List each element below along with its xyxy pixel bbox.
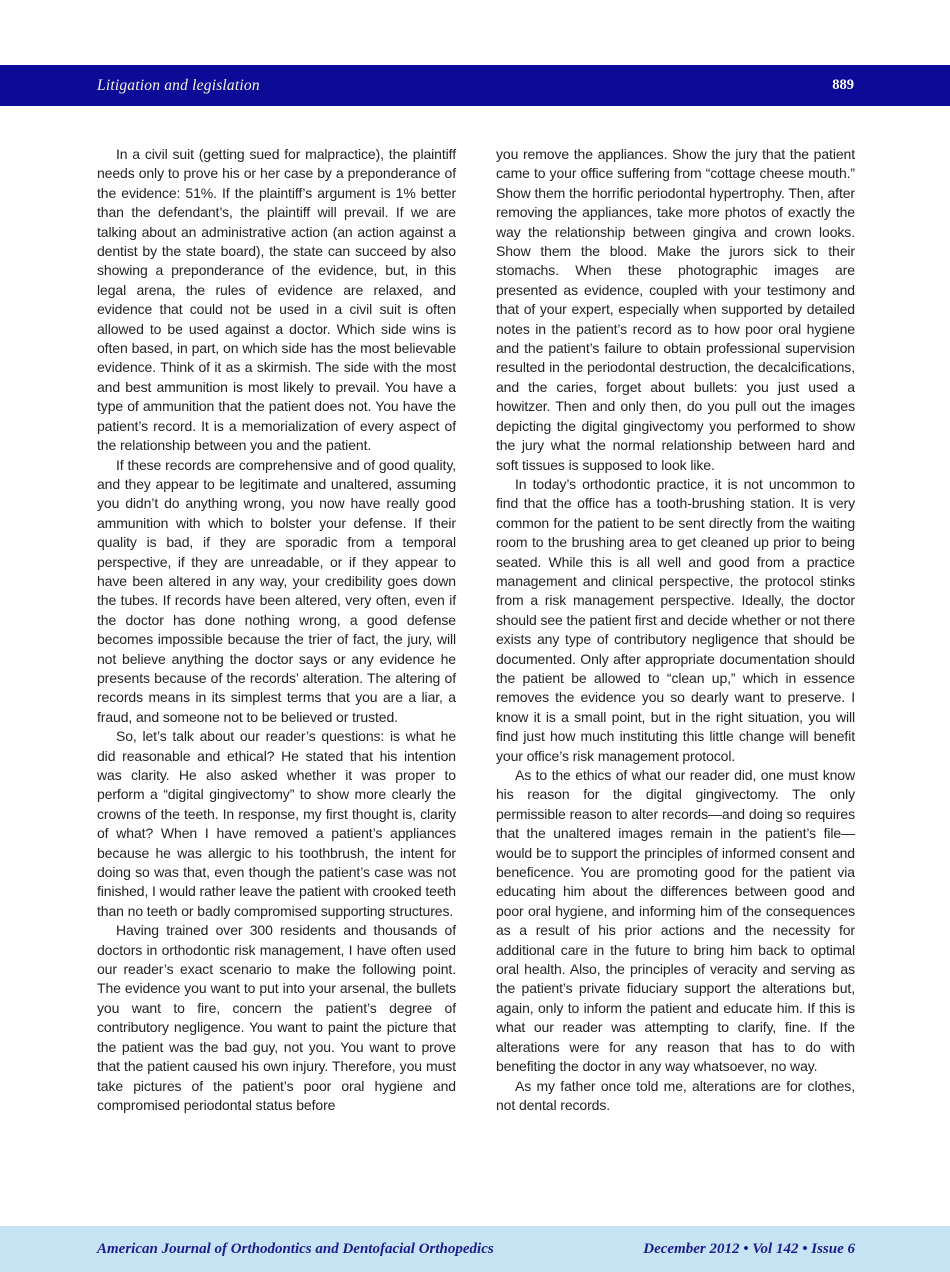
running-head: Litigation and legislation 889 <box>0 65 950 106</box>
paragraph: In a civil suit (getting sued for malpra… <box>97 145 456 456</box>
article-body: In a civil suit (getting sued for malpra… <box>97 145 855 1115</box>
column-right: you remove the appliances. Show the jury… <box>496 145 855 1115</box>
paragraph: If these records are comprehensive and o… <box>97 456 456 728</box>
journal-name: American Journal of Orthodontics and Den… <box>97 1241 494 1258</box>
column-left: In a civil suit (getting sued for malpra… <box>97 145 456 1115</box>
journal-footer: American Journal of Orthodontics and Den… <box>0 1226 950 1272</box>
paragraph: Having trained over 300 residents and th… <box>97 921 456 1115</box>
paragraph: So, let’s talk about our reader’s questi… <box>97 727 456 921</box>
paragraph-continuation: you remove the appliances. Show the jury… <box>496 145 855 475</box>
paragraph: In today’s orthodontic practice, it is n… <box>496 475 855 766</box>
page-number: 889 <box>832 77 854 94</box>
paragraph: As to the ethics of what our reader did,… <box>496 766 855 1077</box>
issue-info: December 2012 • Vol 142 • Issue 6 <box>643 1241 855 1258</box>
journal-page: Litigation and legislation 889 In a civi… <box>0 0 950 1272</box>
section-title: Litigation and legislation <box>97 77 260 95</box>
paragraph: As my father once told me, alterations a… <box>496 1077 855 1116</box>
